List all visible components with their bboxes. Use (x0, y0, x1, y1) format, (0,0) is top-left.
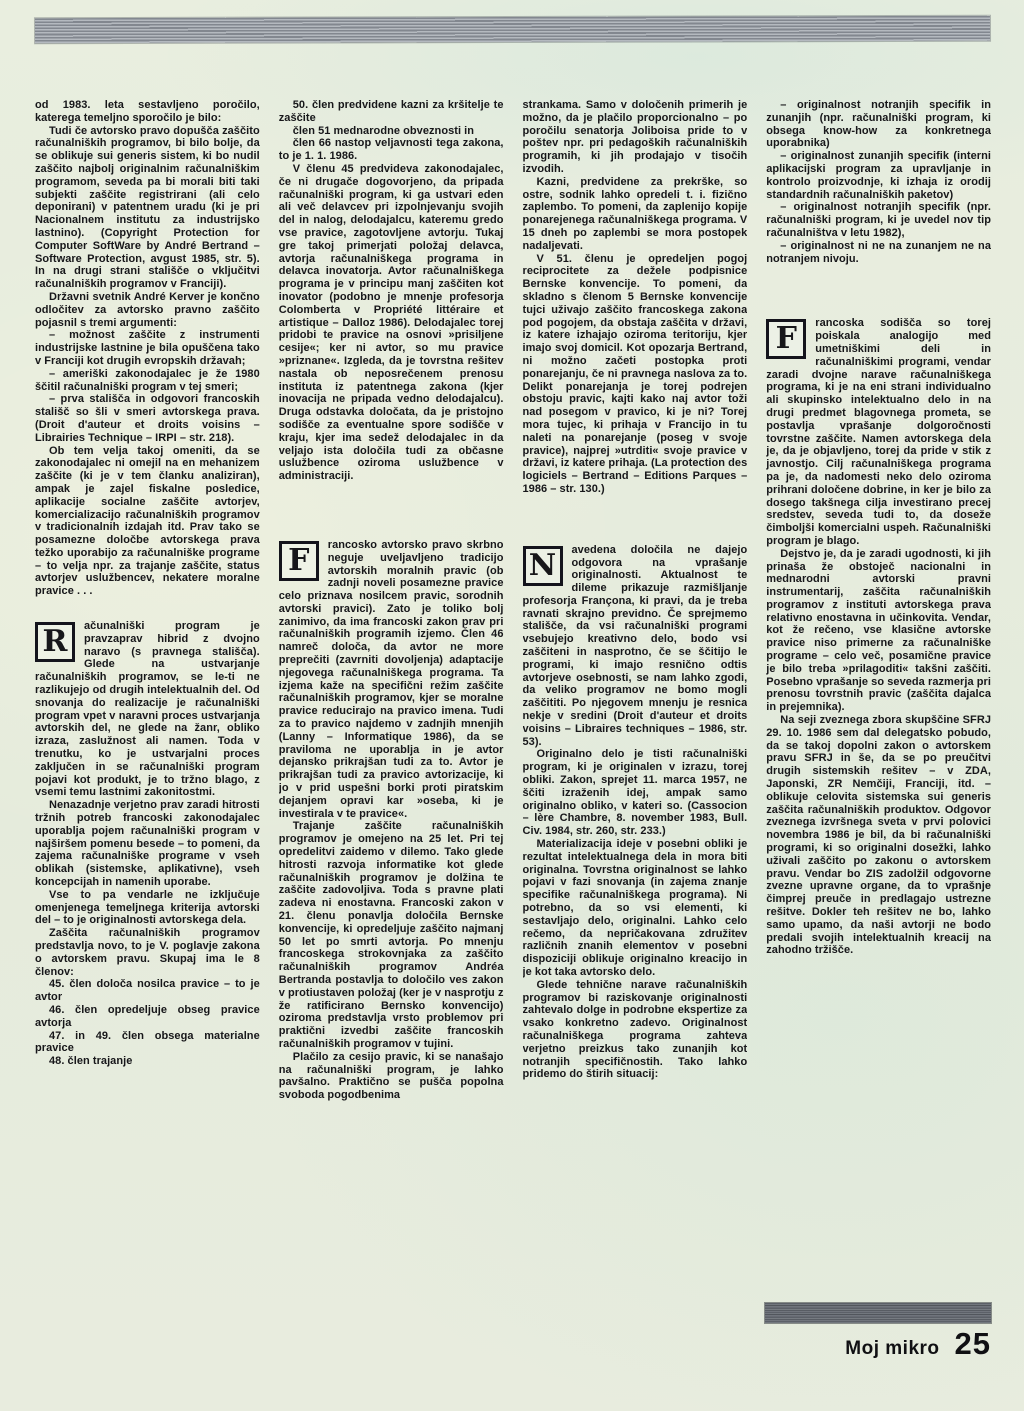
paragraph: Materializacija ideje v posebni obliki j… (523, 838, 748, 979)
text-column-4: – originalnost notranjih specifik in zun… (766, 99, 991, 1344)
paragraph: Nenazadnje verjetno prav zaradi hitrosti… (35, 799, 260, 889)
text-column-3: strankama. Samo v določenih primerih je … (523, 99, 748, 1344)
paragraph: V členu 45 predvideva zakonodajalec, če … (279, 163, 504, 483)
footer-rule-bar (765, 1303, 991, 1323)
paragraph: – možnost zaščite z instrumenti industri… (35, 329, 260, 367)
section-gap (523, 496, 748, 544)
paragraph: 47. in 49. člen obsega materialne pravic… (35, 1030, 260, 1056)
paragraph: Vse to pa vendarle ne izključuje omenjen… (35, 889, 260, 927)
section-gap (35, 598, 260, 620)
paragraph: Državni svetnik André Kerver je končno o… (35, 291, 260, 329)
paragraph: Glede tehnične narave računalniških prog… (523, 979, 748, 1081)
paragraph: strankama. Samo v določenih primerih je … (523, 99, 748, 176)
paragraph: 45. člen določa nosilca pravice – to je … (35, 978, 260, 1004)
masthead-rule-bar (35, 16, 990, 44)
dropcap-letter: F (279, 541, 319, 581)
section-gap (766, 265, 991, 317)
paragraph: – originalnost ni ne na zunanjem ne na n… (766, 240, 991, 266)
paragraph: 50. člen predvidene kazni za kršitelje t… (279, 99, 504, 125)
paragraph: 48. člen trajanje (35, 1055, 260, 1068)
text-column-2: 50. člen predvidene kazni za kršitelje t… (279, 99, 504, 1344)
paragraph: Francosko avtorsko pravo skrbno neguje u… (279, 539, 504, 821)
paragraph: Originalno delo je tisti računalniški pr… (523, 748, 748, 838)
magazine-page: od 1983. leta sestavljeno poročilo, kate… (0, 0, 1024, 1411)
footer-brand: Moj mikro (845, 1338, 939, 1360)
paragraph: – originalnost notranjih specifik in zun… (766, 99, 991, 150)
paragraph: Kazni, predvidene za prekrške, so ostre,… (523, 176, 748, 253)
paragraph: Francoska sodišča so torej poiskala anal… (766, 317, 991, 547)
dropcap-letter: F (766, 319, 806, 359)
paragraph: Tudi če avtorsko pravo dopušča zaščito r… (35, 125, 260, 291)
dropcap-letter: N (523, 546, 563, 586)
paragraph: člen 66 nastop veljavnosti tega zakona, … (279, 137, 504, 163)
paragraph: V 51. členu je opredeljen pogoj reciproc… (523, 253, 748, 496)
text-column-1: od 1983. leta sestavljeno poročilo, kate… (35, 99, 260, 1344)
dropcap-letter: R (35, 622, 75, 662)
paragraph: Navedena določila ne dajejo odgovora na … (523, 544, 748, 749)
paragraph: Trajanje zaščite računalniških programov… (279, 820, 504, 1050)
paragraph: Dejstvo je, da je zaradi ugodnosti, ki j… (766, 548, 991, 714)
section-gap (279, 483, 504, 539)
paragraph: – originalnost notranjih specifik (npr. … (766, 201, 991, 239)
paragraph: 46. člen opredeljuje obseg pravice avtor… (35, 1004, 260, 1030)
paragraph: Ob tem velja takoj omeniti, da se zakono… (35, 445, 260, 599)
paragraph: – ameriški zakonodajalec je že 1980 ščit… (35, 368, 260, 394)
paragraph: od 1983. leta sestavljeno poročilo, kate… (35, 99, 260, 125)
paragraph: Računalniški program je pravzaprav hibri… (35, 620, 260, 799)
paragraph: – originalnost zunanjih specifik (intern… (766, 150, 991, 201)
paragraph: člen 51 mednarodne obveznosti in (279, 125, 504, 138)
paragraph: Zaščita računalniških programov predstav… (35, 927, 260, 978)
paragraph: Na seji zveznega zbora skupščine SFRJ 29… (766, 714, 991, 957)
footer-page-number: 25 (955, 1326, 991, 1362)
paragraph: Plačilo za cesijo pravic, ki se nanašajo… (279, 1051, 504, 1102)
columns-area: od 1983. leta sestavljeno poročilo, kate… (35, 99, 991, 1344)
paragraph: – prva stališča in odgovori francoskih s… (35, 393, 260, 444)
page-footer: Moj mikro 25 (845, 1326, 991, 1362)
